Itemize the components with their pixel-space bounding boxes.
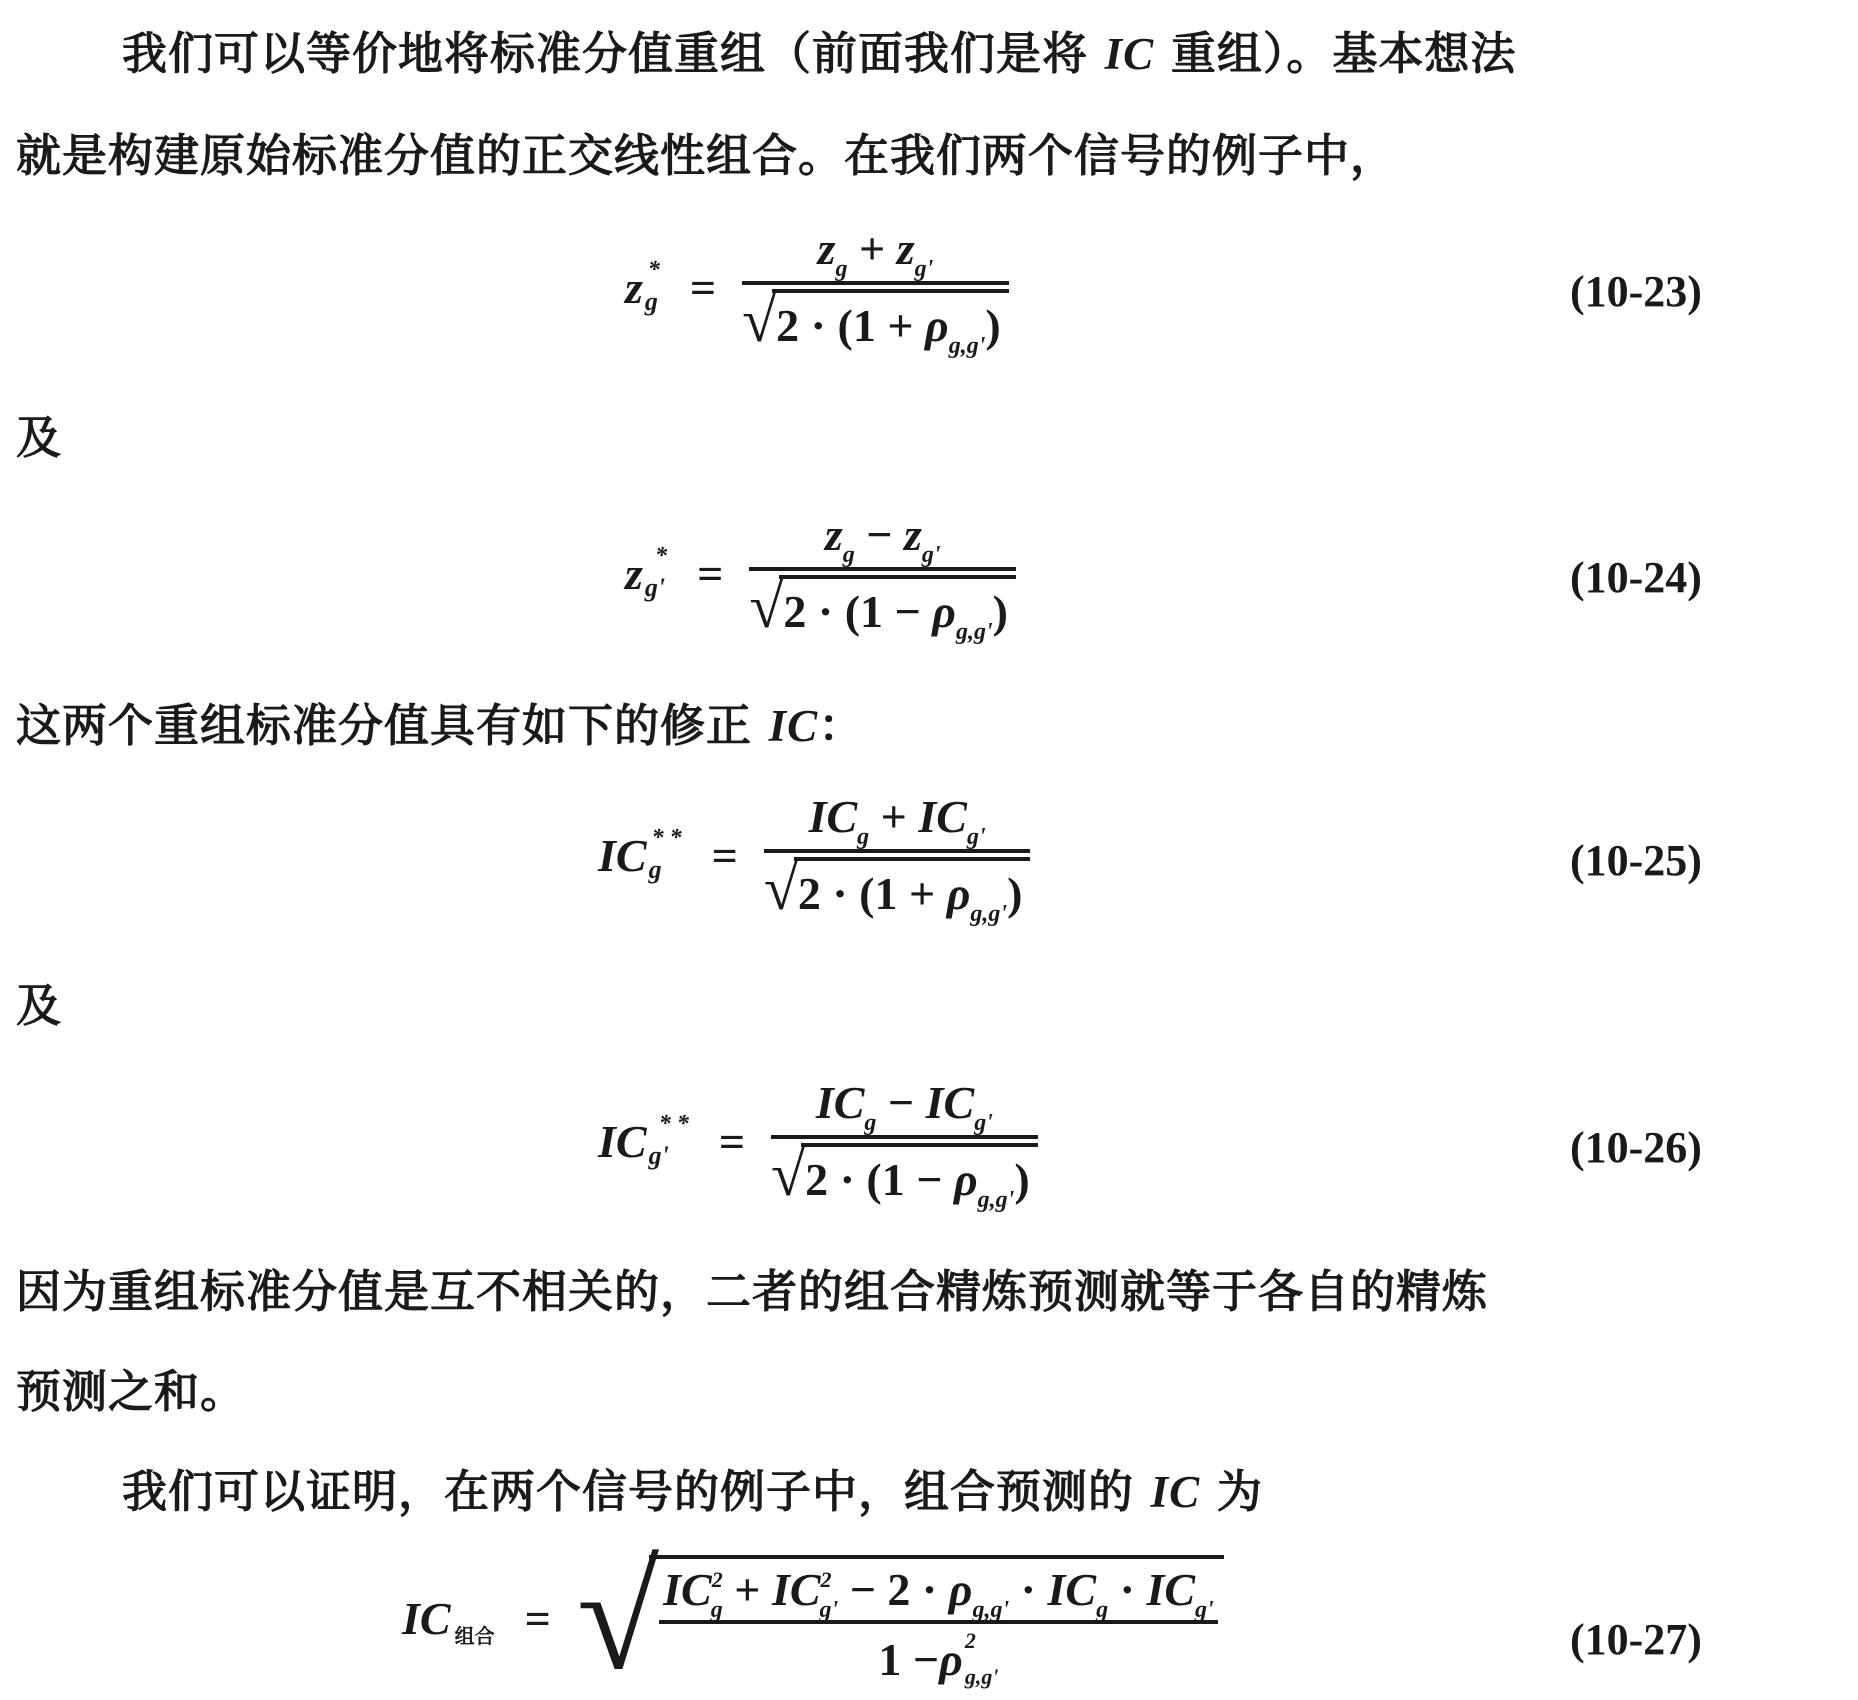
subscript: g,g' <box>972 1597 1009 1623</box>
subscript: g,g' <box>949 333 986 359</box>
symbol: z <box>625 261 643 314</box>
operator: + <box>869 791 918 842</box>
subscript: g <box>857 824 869 850</box>
numerator: zg − zg' <box>805 508 961 567</box>
text-segment: ： <box>818 699 864 752</box>
paragraph-1-line-2: 就是构建原始标准分值的正交线性组合。在我们两个信号的例子中， <box>16 126 1396 186</box>
subscript: g' <box>915 256 934 282</box>
subscript: g' <box>820 1597 839 1623</box>
text-segment: 2 · (1 − <box>783 586 932 637</box>
symbol: z <box>904 509 922 560</box>
equation-10-23: zg* = zg + zg' √ 2 · (1 + ρg,g') <box>625 222 1009 352</box>
rho-symbol: ρ <box>949 1564 973 1615</box>
equation-lhs: ICg'* * <box>598 1115 689 1168</box>
symbol: IC <box>809 791 858 842</box>
symbol: z <box>825 509 843 560</box>
sqrt-icon: √ <box>742 290 776 352</box>
text-segment: 为 <box>1200 1465 1263 1518</box>
denominator: √ 2 · (1 − ρg,g') <box>749 571 1016 638</box>
equation-lhs: zg* <box>625 261 660 314</box>
symbol: IC <box>598 829 647 882</box>
radicand: IC2g + IC2g' − 2 · ρg,g' · ICg · ICg' 1 … <box>649 1555 1224 1688</box>
conjunction-and-2: 及 <box>16 976 62 1036</box>
fraction: ICg − ICg' √ 2 · (1 − ρg,g') <box>771 1076 1038 1206</box>
superscript: * <box>655 543 667 570</box>
fraction: IC2g + IC2g' − 2 · ρg,g' · ICg · ICg' 1 … <box>659 1563 1218 1688</box>
equation-lhs: IC组合 <box>402 1592 495 1645</box>
equation-lhs: zg'* <box>625 547 667 600</box>
superscript: * * <box>652 825 682 852</box>
text-segment: ) <box>993 586 1008 637</box>
rho-symbol: ρ <box>947 868 971 919</box>
operator: − <box>855 509 904 560</box>
operator: − <box>876 1077 925 1128</box>
equation-number-10-24: (10-24) <box>1570 552 1702 603</box>
text-segment: ) <box>985 300 1000 351</box>
equation-number-10-23: (10-23) <box>1570 266 1702 317</box>
text-segment: 2 · (1 − <box>805 1154 954 1205</box>
equals-sign: = <box>697 547 723 600</box>
paragraph-2: 这两个重组标准分值具有如下的修正 IC： <box>16 696 864 756</box>
subscript: g <box>864 1110 876 1136</box>
operator: + <box>847 223 896 274</box>
subscript: g' <box>1195 1597 1214 1623</box>
equation-10-27: IC组合 = √ IC2g + IC2g' − 2 · ρg,g' · ICg … <box>402 1548 1224 1688</box>
superscript: 2 <box>821 1567 832 1592</box>
subscript: g,g' <box>956 619 993 645</box>
radicand: 2 · (1 + ρg,g') <box>794 857 1031 920</box>
equals-sign: = <box>690 261 716 314</box>
rho-symbol: ρ <box>939 1633 963 1686</box>
subscript: g <box>649 855 662 885</box>
denominator: √ 2 · (1 + ρg,g') <box>764 853 1031 920</box>
symbol: z <box>818 223 836 274</box>
numerator: ICg − ICg' <box>796 1076 1013 1135</box>
paragraph-3-line-1: 因为重组标准分值是互不相关的，二者的组合精炼预测就等于各自的精炼 <box>16 1262 1488 1322</box>
text-segment: 我们可以等价地将标准分值重组（前面我们是将 <box>122 27 1105 80</box>
subscript: g <box>835 256 847 282</box>
equals-sign: = <box>525 1592 551 1645</box>
subscript: 组合 <box>455 1620 495 1649</box>
sqrt-icon: √ <box>749 576 783 638</box>
sqrt-icon: √ <box>577 1548 659 1688</box>
subscript: g,g' <box>970 901 1007 927</box>
superscript: 2 <box>712 1567 723 1592</box>
fraction: ICg + ICg' √ 2 · (1 + ρg,g') <box>764 790 1031 920</box>
fraction: zg + zg' √ 2 · (1 + ρg,g') <box>742 222 1009 352</box>
symbol: IC <box>926 1077 975 1128</box>
symbol: IC <box>598 1115 647 1168</box>
numerator: IC2g + IC2g' − 2 · ρg,g' · ICg · ICg' <box>659 1563 1218 1620</box>
numerator: zg + zg' <box>798 222 954 281</box>
symbol: IC <box>772 1564 821 1615</box>
symbol: IC <box>1048 1564 1097 1615</box>
symbol: z <box>625 547 643 600</box>
sqrt-icon: √ <box>771 1144 805 1206</box>
operator: + <box>723 1564 772 1615</box>
operator: · <box>1009 1564 1047 1615</box>
radicand: 2 · (1 − ρg,g') <box>779 575 1016 638</box>
superscript: * * <box>659 1111 689 1138</box>
denominator: √ 2 · (1 − ρg,g') <box>771 1139 1038 1206</box>
rho-symbol: ρ <box>932 586 956 637</box>
symbol: IC <box>402 1592 451 1645</box>
symbol: IC <box>816 1077 865 1128</box>
subscript: g' <box>645 573 665 603</box>
equation-10-24: zg'* = zg − zg' √ 2 · (1 − ρg,g') <box>625 508 1016 638</box>
equation-10-25: ICg* * = ICg + ICg' √ 2 · (1 + ρg,g') <box>598 790 1030 920</box>
equation-lhs: ICg* * <box>598 829 682 882</box>
text-segment: 这两个重组标准分值具有如下的修正 <box>16 699 769 752</box>
equation-10-26: ICg'* * = ICg − ICg' √ 2 · (1 − ρg,g') <box>598 1076 1038 1206</box>
symbol: IC <box>663 1564 712 1615</box>
subscript: g,g' <box>965 1666 999 1688</box>
equation-number-10-27: (10-27) <box>1570 1614 1702 1665</box>
text-segment: ) <box>1014 1154 1029 1205</box>
operator: · <box>1108 1564 1146 1615</box>
equals-sign: = <box>719 1115 745 1168</box>
rho-symbol: ρ <box>954 1154 978 1205</box>
text-segment: 2 · (1 + <box>798 868 947 919</box>
symbol: z <box>897 223 915 274</box>
rho-symbol: ρ <box>925 300 949 351</box>
numerator: ICg + ICg' <box>789 790 1006 849</box>
symbol: IC <box>918 791 967 842</box>
ic-symbol: IC <box>769 701 819 751</box>
subscript: g' <box>967 824 986 850</box>
paragraph-4: 我们可以证明，在两个信号的例子中，组合预测的 IC 为 <box>122 1462 1263 1522</box>
paragraph-1-line-1: 我们可以等价地将标准分值重组（前面我们是将 IC 重组）。基本想法 <box>122 24 1516 84</box>
subscript: g' <box>922 542 941 568</box>
text-segment: 重组）。基本想法 <box>1154 27 1516 80</box>
equals-sign: = <box>712 829 738 882</box>
denominator: √ 2 · (1 + ρg,g') <box>742 285 1009 352</box>
ic-symbol: IC <box>1105 29 1155 79</box>
ic-symbol: IC <box>1151 1467 1201 1517</box>
text-segment: ) <box>1007 868 1022 919</box>
text-segment: 2 · (1 + <box>776 300 925 351</box>
subscript: g <box>1096 1597 1108 1623</box>
subscript: g' <box>974 1110 993 1136</box>
square-root: √ IC2g + IC2g' − 2 · ρg,g' · ICg · ICg' … <box>577 1548 1224 1688</box>
denominator: 1 − ρ2g,g' <box>878 1624 998 1688</box>
subscript: g <box>843 542 855 568</box>
equation-number-10-25: (10-25) <box>1570 835 1702 886</box>
radicand: 2 · (1 + ρg,g') <box>772 289 1009 352</box>
subscript: g <box>645 287 658 317</box>
subscript: g,g' <box>978 1187 1015 1213</box>
text-segment: 我们可以证明，在两个信号的例子中，组合预测的 <box>122 1465 1151 1518</box>
subscript: g' <box>649 1141 669 1171</box>
superscript: * <box>648 257 660 284</box>
symbol: IC <box>1146 1564 1195 1615</box>
paragraph-3-line-2: 预测之和。 <box>16 1362 246 1422</box>
fraction: zg − zg' √ 2 · (1 − ρg,g') <box>749 508 1016 638</box>
sqrt-icon: √ <box>764 858 798 920</box>
operator: − 2 · <box>838 1564 949 1615</box>
equation-number-10-26: (10-26) <box>1570 1122 1702 1173</box>
subscript: g <box>711 1597 723 1623</box>
conjunction-and-1: 及 <box>16 408 62 468</box>
radicand: 2 · (1 − ρg,g') <box>801 1143 1038 1206</box>
superscript: 2 <box>965 1630 999 1652</box>
text-segment: 1 − <box>878 1633 939 1686</box>
